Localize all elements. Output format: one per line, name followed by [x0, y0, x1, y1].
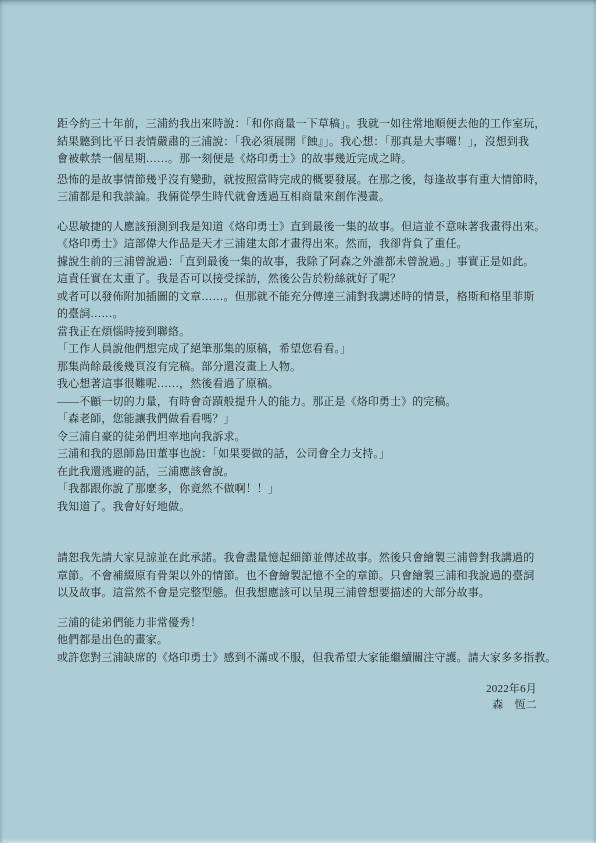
text-line: 三浦的徒弟們能力非常優秀！: [57, 615, 553, 633]
paragraph: 心思敏捷的人應該預測到我是知道《烙印勇士》直到最後一集的故事。但這並不意味著我畫…: [57, 219, 553, 517]
signature: 森 恆二: [486, 697, 537, 713]
text-line: 會被軟禁一個星期……。那一刻便是《烙印勇士》的故事幾近完成之時。: [57, 151, 553, 169]
text-line: 以及故事。這當然不會是完整型態。但我想應該可以呈現三浦曾想要描述的大部分故事。: [57, 585, 553, 603]
text-line: 令三浦自豪的徒弟們坦率地向我訴求。: [57, 429, 553, 447]
text-line: 我心想著這事很難呢……，然後看過了原稿。: [57, 376, 553, 394]
text-line: 心思敏捷的人應該預測到我是知道《烙印勇士》直到最後一集的故事。但這並不意味著我畫…: [57, 219, 553, 237]
colophon: 2022年6月 森 恆二: [486, 681, 537, 713]
text-line: 「森老師，您能讓我們做看看嗎？」: [57, 411, 553, 429]
text-line: 那集尚餘最後幾頁沒有完稿。部分還沒畫上人物。: [57, 359, 553, 377]
paragraph: 恐怖的是故事情節幾乎沒有變動，就按照當時完成的概要發展。在那之後，每逢故事有重大…: [57, 172, 553, 207]
text-line: 恐怖的是故事情節幾乎沒有變動，就按照當時完成的概要發展。在那之後，每逢故事有重大…: [57, 172, 553, 190]
text-line: ——不顧一切的力量，有時會奇蹟般提升人的能力。那正是《烙印勇士》的完稿。: [57, 394, 553, 412]
text-line: 或者可以發佈附加插圖的文章……。但那就不能充分傳達三浦對我講述時的情景，格斯和格…: [57, 289, 553, 307]
text-line: 三浦和我的恩師島田董事也說：「如果要做的話，公司會全力支持。」: [57, 446, 553, 464]
afterword-text: 距今約三十年前，三浦約我出來時說：「和你商量一下草稿」。我就一如往常地順便去他的…: [57, 116, 553, 667]
text-line: 我知道了。我會好好地做。: [57, 499, 553, 517]
book-page: 距今約三十年前，三浦約我出來時說：「和你商量一下草稿」。我就一如往常地順便去他的…: [0, 0, 596, 843]
text-line: 「工作人員說他們想完成了絕筆那集的原稿，希望您看看。」: [57, 341, 553, 359]
text-line: 他們都是出色的畫家。: [57, 632, 553, 650]
text-line: 或許您對三浦缺席的《烙印勇士》感到不滿或不服，但我希望大家能繼續關注守護。請大家…: [57, 650, 553, 668]
paragraph: 距今約三十年前，三浦約我出來時說：「和你商量一下草稿」。我就一如往常地順便去他的…: [57, 116, 553, 169]
scanned-book-page: { "page": { "background_color": "#accdd5…: [0, 0, 596, 843]
paragraph: 請恕我先請大家見諒並在此承諾。我會盡量憶起細節並傳述故事。然後只會繪製三浦曾對我…: [57, 550, 553, 603]
text-line: 章節。不會補綴原有骨架以外的情節。也不會繪製記憶不全的章節。只會繪製三浦和我說過…: [57, 568, 553, 586]
text-line: 「我都跟你說了那麼多，你竟然不做啊！！」: [57, 481, 553, 499]
text-line: 的臺詞……。: [57, 306, 553, 324]
text-line: 據說生前的三浦曾說過：「直到最後一集的故事，我除了阿森之外誰都未曾說過。」事實正…: [57, 254, 553, 272]
text-line: 結果聽到比平日表情嚴肅的三浦說：「我必須展開『蝕』」。我心想：「那真是大事囉！」…: [57, 134, 553, 152]
date: 2022年6月: [486, 681, 537, 697]
text-line: 在此我還逃避的話，三浦應該會說。: [57, 464, 553, 482]
text-line: 請恕我先請大家見諒並在此承諾。我會盡量憶起細節並傳述故事。然後只會繪製三浦曾對我…: [57, 550, 553, 568]
text-line: 當我正在煩惱時接到聯絡。: [57, 324, 553, 342]
text-line: 《烙印勇士》這部偉大作品是天才三浦建太郎才畫得出來。然而，我卻背負了重任。: [57, 236, 553, 254]
text-line: 這責任實在太重了。我是否可以接受採訪，然後公告於粉絲就好了呢？: [57, 271, 553, 289]
text-line: 三浦都是和我談論。我倆從學生時代就會透過互相商量來創作漫畫。: [57, 189, 553, 207]
paragraph: 三浦的徒弟們能力非常優秀！他們都是出色的畫家。或許您對三浦缺席的《烙印勇士》感到…: [57, 615, 553, 668]
text-line: 距今約三十年前，三浦約我出來時說：「和你商量一下草稿」。我就一如往常地順便去他的…: [57, 116, 553, 134]
